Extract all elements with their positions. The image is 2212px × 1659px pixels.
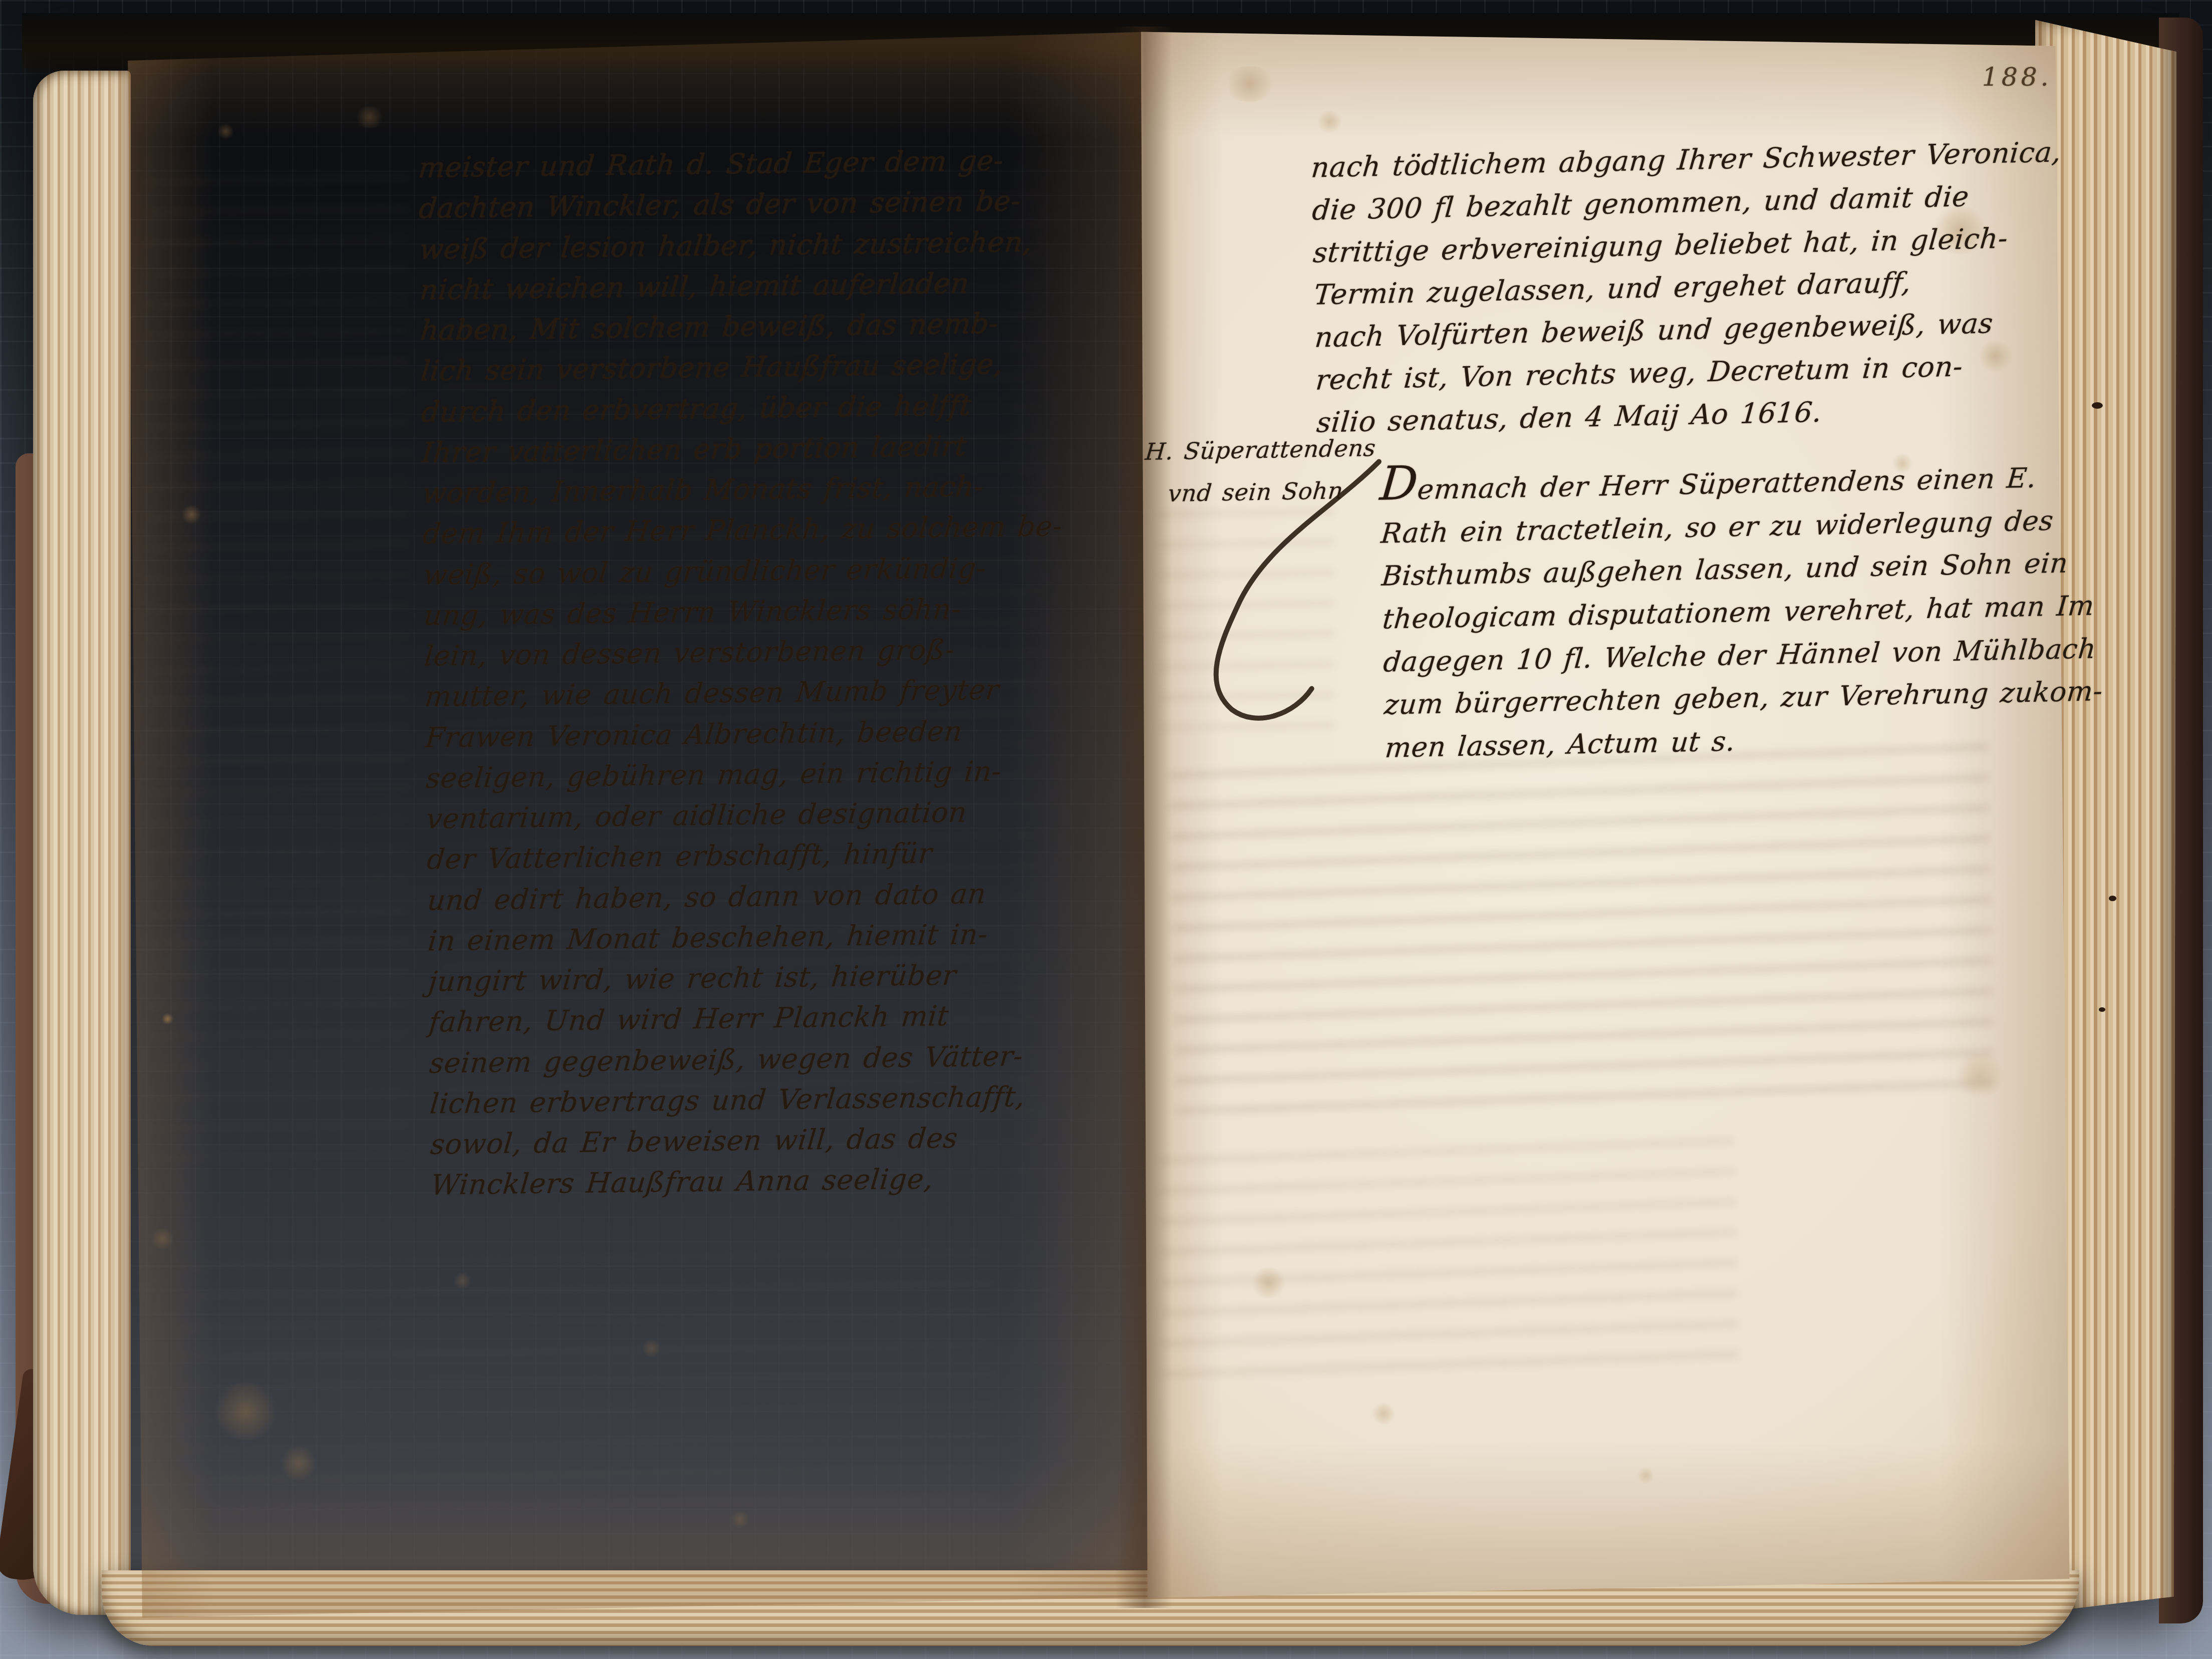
manuscript-line: lich sein verstorbene Haußfrau seelige,	[419, 343, 1062, 392]
foxing-stain	[354, 106, 385, 128]
foxing-stain	[279, 1447, 318, 1480]
fore-edge-speck	[2092, 402, 2103, 409]
manuscript-line: in einem Monat beschehen, hiemit in-	[426, 913, 1069, 962]
ink-showthrough	[1159, 1123, 1738, 1376]
manuscript-line: weiß der lesion halber, nicht zustreiche…	[418, 221, 1061, 270]
manuscript-line: seinem gegenbeweiß, wegen des Vätter-	[428, 1035, 1071, 1084]
manuscript-line: durch den erbvertrag, über die helfft	[420, 384, 1063, 433]
left-page-edge-stack	[33, 71, 130, 1614]
manuscript-line: dachten Winckler, als der von seinen be-	[417, 181, 1060, 229]
manuscript-line: dem Ihm der Herr Planckh, zu solchem be-	[421, 506, 1064, 555]
manuscript-line: mutter, wie auch dessen Mumb freyter	[423, 669, 1066, 717]
manuscript-line: seeligen, gebühren mag, ein richtig in-	[424, 750, 1067, 799]
pen-flourish	[1186, 447, 1396, 745]
ink-showthrough	[1169, 734, 1994, 1113]
left-page-text: meister und Rath d. Stad Eger dem ge- da…	[418, 140, 1070, 1206]
foxing-stain	[1637, 1467, 1654, 1484]
foxing-stain	[181, 504, 201, 524]
page-number: 188.	[1982, 62, 2052, 92]
manuscript-line: Wincklers Haußfrau Anna seelige,	[429, 1157, 1072, 1206]
ink-showthrough	[177, 1239, 995, 1526]
fore-edge-speck	[2109, 896, 2116, 901]
manuscript-line: weiß, so wol zu gründlicher erkündig-	[422, 547, 1065, 596]
fore-edge-speck	[2099, 1007, 2105, 1012]
foxing-stain	[217, 124, 234, 139]
foxing-stain	[1223, 66, 1276, 102]
foxing-stain	[1371, 1403, 1396, 1425]
manuscript-line: und edirt haben, so dann von dato an	[426, 873, 1069, 921]
manuscript-line: lichen erbvertrags und Verlassenschafft,	[428, 1076, 1071, 1125]
foxing-stain	[1953, 1053, 2006, 1097]
foxing-stain	[150, 1228, 175, 1250]
wormhole	[161, 1013, 173, 1024]
manuscript-line: nicht weichen will, hiemit auferladen	[418, 262, 1061, 311]
ink-showthrough	[144, 155, 409, 1172]
foxing-stain	[1250, 1267, 1287, 1298]
manuscript-line: fahren, Und wird Herr Planckh mit	[427, 994, 1070, 1043]
foxing-stain	[453, 1272, 471, 1289]
foxing-stain	[210, 1382, 281, 1440]
manuscript-line: ung, was des Herrn Wincklers söhn-	[422, 588, 1065, 636]
manuscript-line: Ihrer vatterlichen erb portion laedirt	[420, 425, 1063, 473]
foxing-stain	[1316, 111, 1343, 133]
manuscript-line: Frawen Veronica Albrechtin, beeden	[424, 710, 1067, 758]
decretum-entry-text: nach tödtlichem abgang Ihrer Schwester V…	[1311, 132, 2067, 445]
superattendens-entry-text: Demnach der Herr Süperattendens einen E.…	[1379, 449, 2104, 769]
manuscript-photo: 188. meister und Rath d. Stad Eger dem g…	[0, 0, 2212, 1659]
manuscript-line: der Vatterlichen erbschafft, hinfür	[425, 832, 1068, 880]
